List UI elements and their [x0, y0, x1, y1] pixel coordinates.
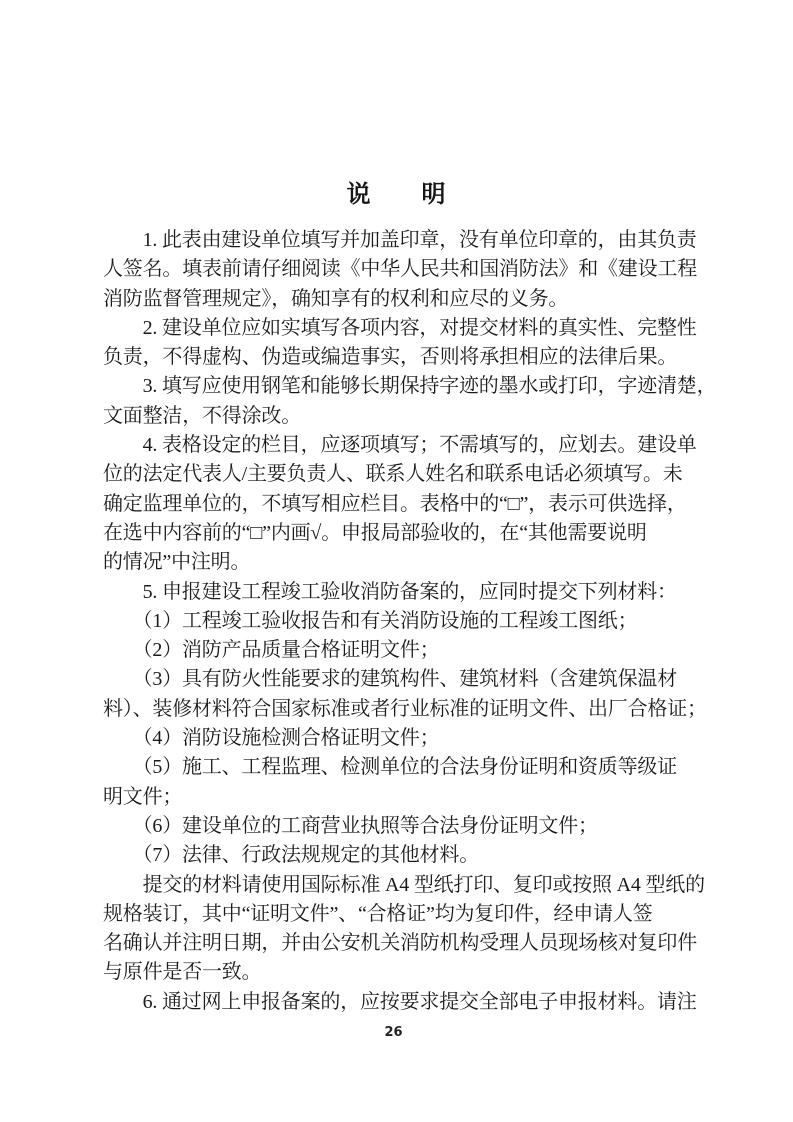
- text-line: 3. 填写应使用钢笔和能够长期保持字迹的墨水或打印，字迹清楚，: [103, 372, 703, 401]
- text-line: 提交的材料请使用国际标准 A4 型纸打印、复印或按照 A4 型纸的: [103, 871, 703, 900]
- text-line: （4）消防设施检测合格证明文件；: [103, 724, 703, 753]
- text-line: （5）施工、工程监理、检测单位的合法身份证明和资质等级证: [103, 753, 703, 782]
- text-line: 文面整洁，不得涂改。: [103, 402, 703, 431]
- text-line: 消防监督管理规定》，确知享有的权利和应尽的义务。: [103, 285, 703, 314]
- document-page: 说 明 1. 此表由建设单位填写并加盖印章，没有单位印章的，由其负责 人签名。填…: [0, 0, 793, 1122]
- text-line: 人签名。填表前请仔细阅读《中华人民共和国消防法》和《建设工程: [103, 255, 703, 284]
- text-line: （7）法律、行政法规规定的其他材料。: [103, 841, 703, 870]
- text-line: 位的法定代表人/主要负责人、联系人姓名和联系电话必须填写。未: [103, 460, 703, 489]
- text-line: 6. 通过网上申报备案的，应按要求提交全部电子申报材料。请注: [103, 988, 703, 1017]
- text-line: （3）具有防火性能要求的建筑构件、建筑材料（含建筑保温材: [103, 665, 703, 694]
- text-line: 在选中内容前的“□”内画√。申报局部验收的，在“其他需要说明: [103, 519, 703, 548]
- text-line: 5. 申报建设工程竣工验收消防备案的，应同时提交下列材料：: [103, 578, 703, 607]
- text-line: 4. 表格设定的栏目，应逐项填写；不需填写的，应划去。建设单: [103, 431, 703, 460]
- text-line: 的情况”中注明。: [103, 548, 703, 577]
- text-line: 负责，不得虚构、伪造或编造事实，否则将承担相应的法律后果。: [103, 343, 703, 372]
- text-line: （2）消防产品质量合格证明文件；: [103, 636, 703, 665]
- text-line: 名确认并注明日期，并由公安机关消防机构受理人员现场核对复印件: [103, 929, 703, 958]
- text-line: 确定监理单位的，不填写相应栏目。表格中的“□”，表示可供选择，: [103, 490, 703, 519]
- text-line: 明文件；: [103, 783, 703, 812]
- document-body: 1. 此表由建设单位填写并加盖印章，没有单位印章的，由其负责 人签名。填表前请仔…: [103, 226, 703, 1017]
- page-number: 26: [0, 1024, 787, 1042]
- text-line: 与原件是否一致。: [103, 958, 703, 987]
- text-line: 2. 建设单位应如实填写各项内容，对提交材料的真实性、完整性: [103, 314, 703, 343]
- text-line: 1. 此表由建设单位填写并加盖印章，没有单位印章的，由其负责: [103, 226, 703, 255]
- text-line: （1）工程竣工验收报告和有关消防设施的工程竣工图纸；: [103, 607, 703, 636]
- text-line: （6）建设单位的工商营业执照等合法身份证明文件；: [103, 812, 703, 841]
- text-line: 规格装订，其中“证明文件”、“合格证”均为复印件，经申请人签: [103, 900, 703, 929]
- text-line: 料）、装修材料符合国家标准或者行业标准的证明文件、出厂合格证；: [103, 695, 703, 724]
- page-title: 说 明: [0, 178, 793, 210]
